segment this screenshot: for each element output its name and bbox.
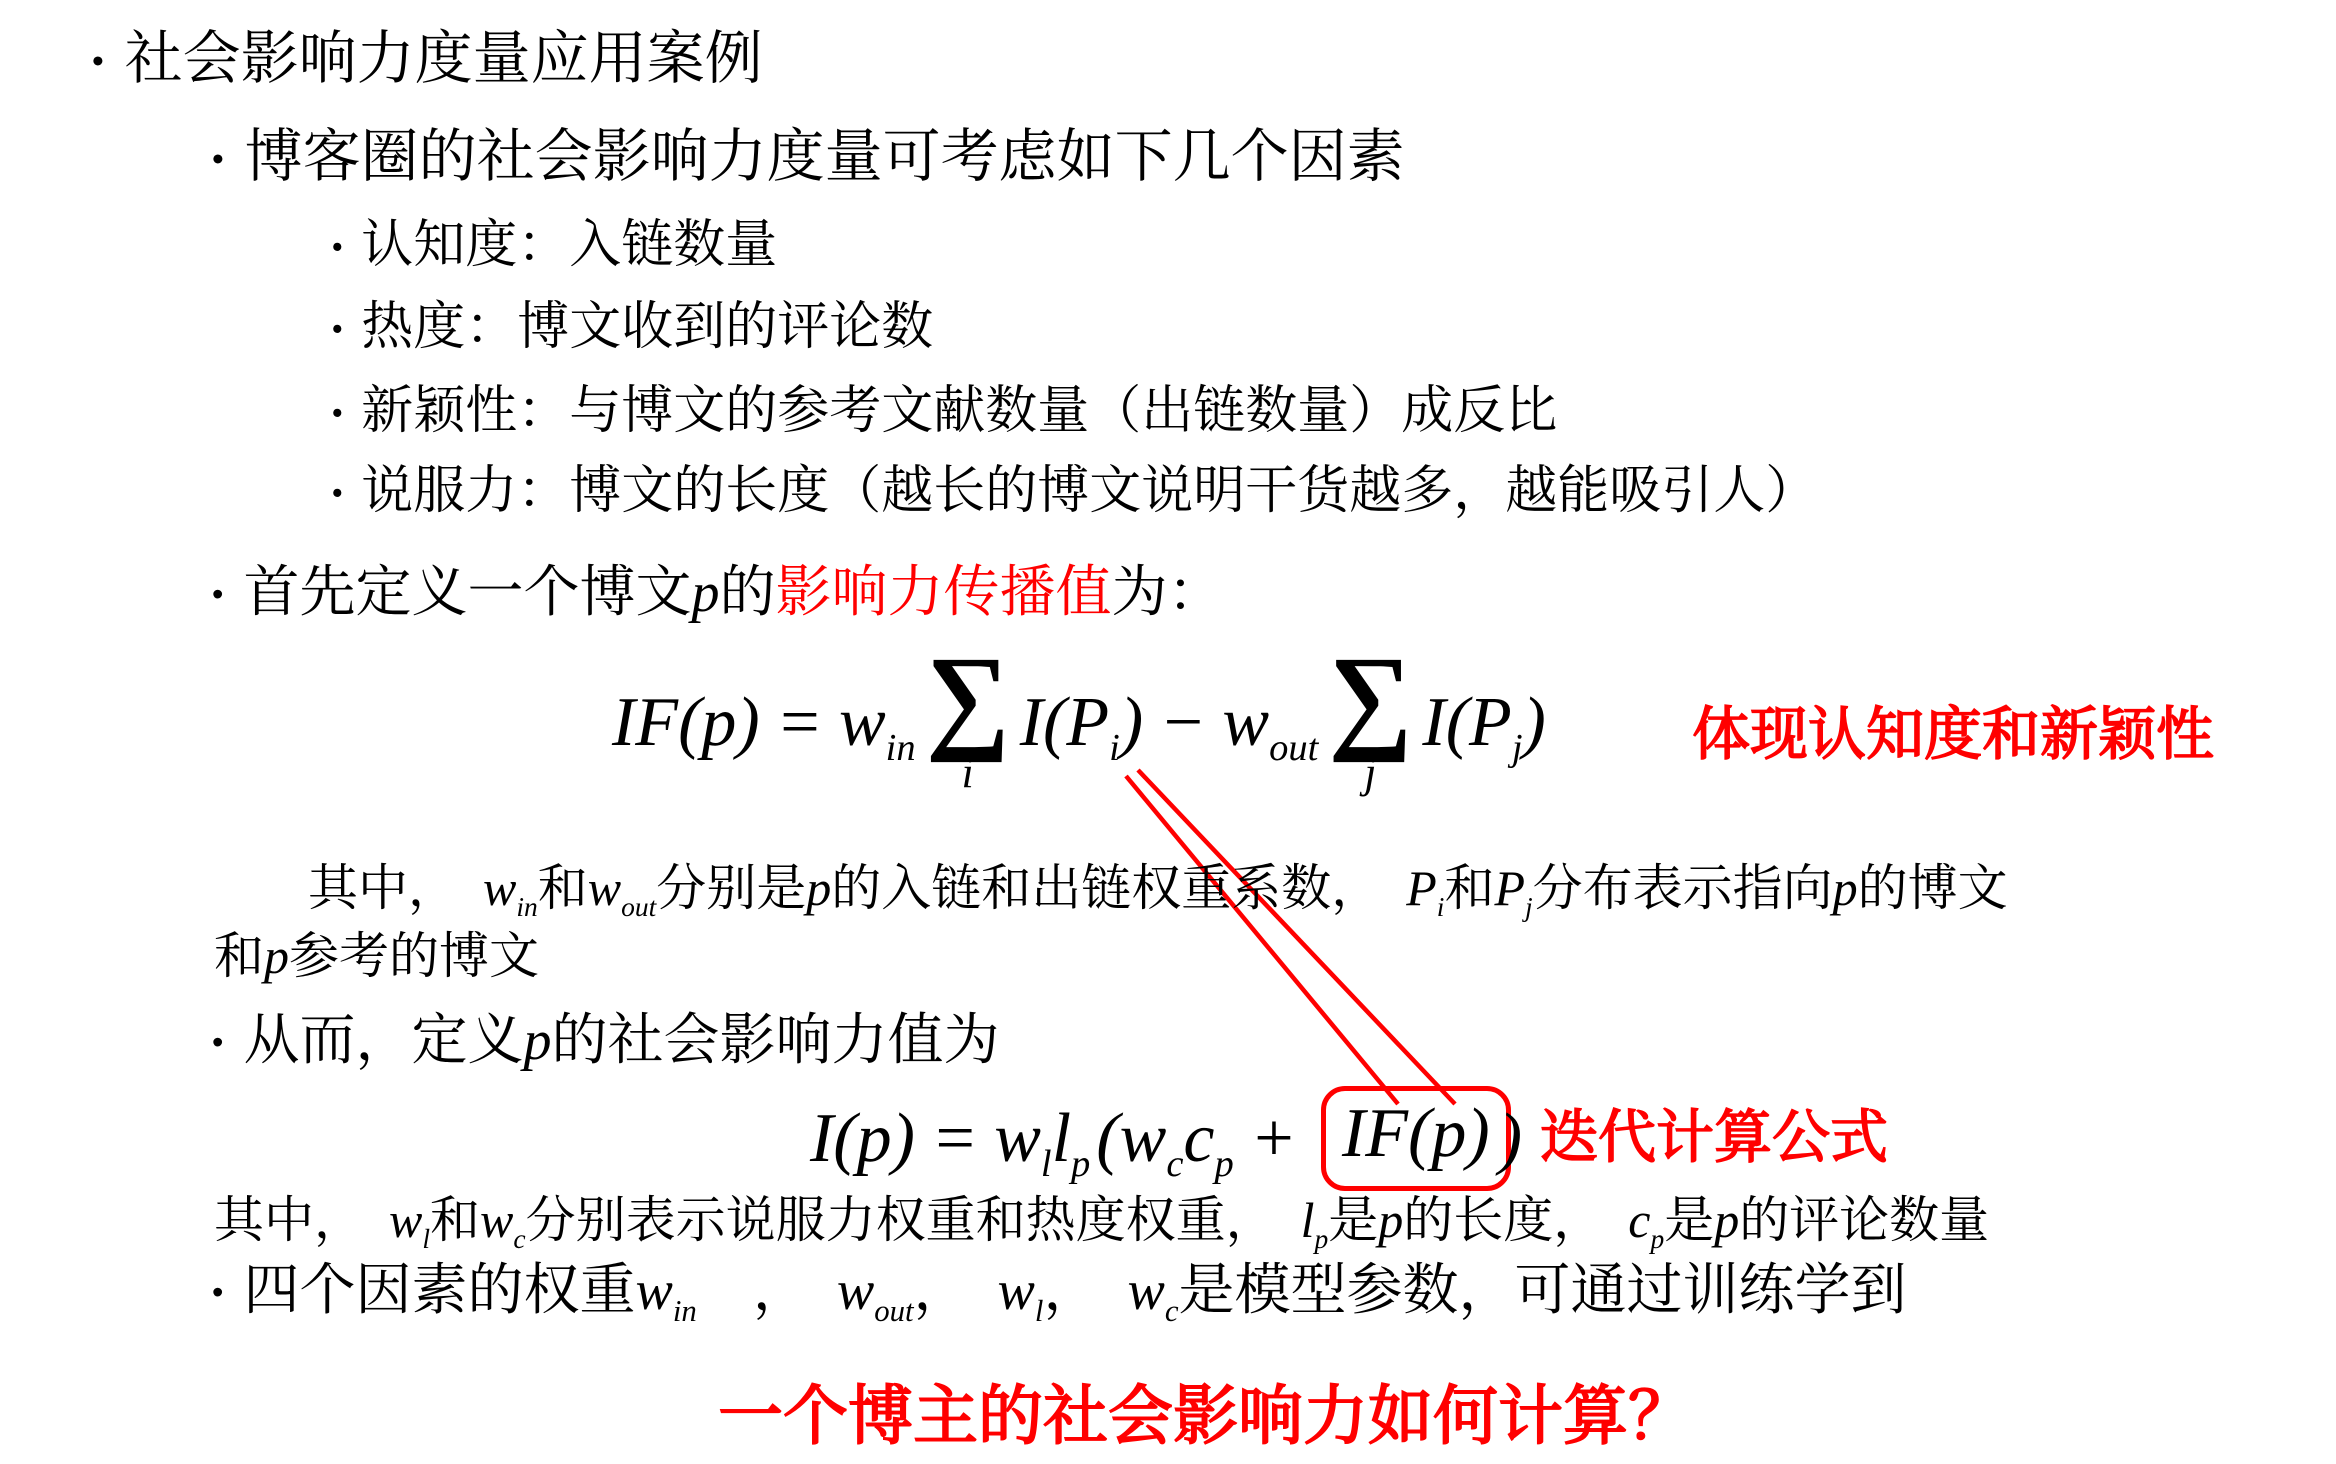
- var-w-c: wc: [1120, 1096, 1184, 1181]
- bottom-question: 一个博主的社会影响力如何计算？: [718, 1376, 1693, 1455]
- var-P: P: [1406, 860, 1437, 916]
- text-run: 分别是: [656, 860, 806, 916]
- var-w: w: [636, 1260, 673, 1322]
- formula-influence-propagation: IF(p) = win ∑i I(Pi) − wout ∑j I(Pj): [612, 650, 1546, 795]
- var-w: w: [389, 1192, 422, 1248]
- var-w: w: [480, 1192, 513, 1248]
- term-open: I(P: [1422, 684, 1511, 761]
- var-w-out: wout: [1222, 680, 1318, 765]
- separator: ，: [914, 1258, 998, 1321]
- var-w-c: wc: [480, 1192, 526, 1248]
- var-w: w: [1127, 1260, 1164, 1322]
- callout-line-left: [1126, 776, 1398, 1104]
- text-run: 和: [1444, 860, 1494, 916]
- outer-close-paren: ): [1499, 1096, 1522, 1181]
- where2-line: 其中， wl和wc分别表示说服力权重和热度权重， lp是p的长度， cp是p的评…: [214, 1190, 1989, 1251]
- text-run: 其中，: [308, 860, 483, 916]
- sub-c: c: [1166, 1143, 1183, 1185]
- sub-p: p: [1314, 1223, 1328, 1254]
- sub-out: out: [621, 891, 656, 922]
- var-p: p: [1378, 1192, 1403, 1248]
- sub-in: in: [673, 1294, 697, 1328]
- sum-limit-j: j: [1364, 751, 1376, 795]
- var-c-p: cp: [1183, 1096, 1233, 1181]
- callout-line-right: [1138, 770, 1455, 1104]
- var-w: w: [998, 1260, 1035, 1322]
- text-run: 其中，: [214, 1192, 389, 1248]
- define-pre: 首先定义一个博文: [244, 560, 692, 623]
- bullet-icon: •: [332, 312, 343, 349]
- slide-title: 社会影响力度量应用案例: [125, 26, 763, 91]
- formula2-annotation: 迭代计算公式: [1540, 1103, 1888, 1174]
- equals-sign: =: [776, 680, 823, 765]
- term-close: ): [1120, 684, 1143, 761]
- sub-p: p: [1650, 1223, 1664, 1254]
- factor-text: 说服力：博文的长度（越长的博文说明干货越多，越能吸引人）: [361, 462, 1817, 520]
- weights-row: •四个因素的权重win ， wout， wl， wc是模型参数，可通过训练学到: [212, 1256, 1907, 1325]
- intro-text: 博客圈的社会影响力度量可考虑如下几个因素: [245, 124, 1405, 189]
- separator: ，: [697, 1258, 837, 1321]
- var-p: p: [692, 562, 720, 624]
- text-run: 分布表示指向: [1533, 860, 1833, 916]
- var-w: w: [483, 860, 516, 916]
- open-paren: (: [1096, 1096, 1119, 1181]
- var-w: w: [1120, 1100, 1167, 1177]
- text-run: 的评论数量: [1739, 1192, 1989, 1248]
- var-p: p: [264, 928, 289, 984]
- weights-post: 是模型参数，可通过训练学到: [1179, 1258, 1907, 1321]
- title-row: •社会影响力度量应用案例: [92, 24, 763, 95]
- formula-social-influence: I(p) = wl lp ( wc cp + IF(p) ) 迭代计算公式: [810, 1086, 1888, 1191]
- sub-j: j: [1512, 727, 1523, 769]
- var-w: w: [994, 1100, 1041, 1177]
- if-term-highlight-box: IF(p): [1321, 1086, 1511, 1191]
- equals-sign: =: [931, 1096, 978, 1181]
- plus-sign: +: [1250, 1096, 1297, 1181]
- sub-in: in: [516, 891, 537, 922]
- var-l: l: [1052, 1100, 1071, 1177]
- bullet-icon: •: [332, 230, 343, 267]
- formula1-annotation: 体现认知度和新颖性: [1692, 700, 2214, 771]
- minus-sign: −: [1159, 680, 1206, 765]
- text-run: 的博文: [1858, 860, 2008, 916]
- bullet-icon: •: [212, 139, 224, 180]
- formula1-lhs: IF(p): [612, 680, 760, 765]
- var-w-l: wl: [994, 1096, 1051, 1181]
- bullet-icon: •: [212, 1273, 223, 1313]
- factor-row-awareness: •认知度：入链数量: [332, 214, 777, 277]
- factor-row-persuasiveness: •说服力：博文的长度（越长的博文说明干货越多，越能吸引人）: [332, 460, 1817, 523]
- define-row: •首先定义一个博文p的影响力传播值为：: [212, 558, 1224, 627]
- term-close: ): [1523, 684, 1546, 761]
- sub-c: c: [513, 1223, 525, 1254]
- sum-limit-i: i: [962, 751, 974, 795]
- text-run: 的入链和出链权重系数，: [831, 860, 1406, 916]
- var-l-p: lp: [1301, 1192, 1329, 1248]
- text-run: 分别表示说服力权重和热度权重，: [526, 1192, 1301, 1248]
- var-P-i: Pi: [1406, 860, 1444, 916]
- sub-i: i: [1109, 727, 1120, 769]
- sigma-icon: ∑: [1328, 650, 1412, 747]
- bullet-icon: •: [92, 41, 104, 82]
- sub-l: l: [422, 1223, 430, 1254]
- define-post: 为：: [1112, 560, 1224, 623]
- text-run: 和: [430, 1192, 480, 1248]
- factor-row-popularity: •热度：博文收到的评论数: [332, 296, 933, 359]
- bullet-icon: •: [212, 575, 223, 615]
- sub-p: p: [1214, 1143, 1233, 1185]
- sum-over-j: ∑j: [1328, 650, 1412, 795]
- bullet-icon: •: [212, 1023, 223, 1063]
- var-p: p: [1714, 1192, 1739, 1248]
- var-p: p: [1833, 860, 1858, 916]
- factor-row-novelty: •新颖性：与博文的参考文献数量（出链数量）成反比: [332, 380, 1557, 443]
- var-c: c: [1628, 1192, 1650, 1248]
- var-w-in: win: [839, 680, 916, 765]
- sigma-icon: ∑: [926, 650, 1010, 747]
- var-w-out: wout: [588, 860, 657, 916]
- factor-text: 认知度：入链数量: [361, 216, 777, 274]
- sub-out: out: [874, 1294, 913, 1328]
- var-p: p: [524, 1010, 552, 1072]
- var-l-p: lp: [1052, 1096, 1091, 1181]
- boxed-IF-term: IF(p): [1342, 1091, 1490, 1176]
- term-I-Pj: I(Pj): [1422, 680, 1545, 765]
- text-run: 和: [538, 860, 588, 916]
- var-w-out: wout: [837, 1260, 914, 1322]
- var-w-c: wc: [1127, 1260, 1178, 1322]
- intro-row: •博客圈的社会影响力度量可考虑如下几个因素: [212, 122, 1405, 193]
- thus-pre: 从而，定义: [244, 1008, 524, 1071]
- text-run: 的长度，: [1403, 1192, 1628, 1248]
- term-open: I(P: [1020, 684, 1109, 761]
- where1-line2: 和p参考的博文: [214, 926, 539, 987]
- thus-post: 的社会影响力值为: [552, 1008, 1000, 1071]
- var-w-in: win: [483, 860, 538, 916]
- text-run: 是: [1664, 1192, 1714, 1248]
- sub-p: p: [1071, 1143, 1090, 1185]
- bullet-icon: •: [332, 396, 343, 433]
- define-highlight: 影响力传播值: [776, 560, 1112, 623]
- sub-j: j: [1525, 891, 1533, 922]
- text-run: 是: [1328, 1192, 1378, 1248]
- where1-line1: 其中， win和wout分别是p的入链和出链权重系数， Pi和Pj分布表示指向p…: [308, 858, 2008, 919]
- separator: ，: [1043, 1258, 1127, 1321]
- var-p: p: [806, 860, 831, 916]
- var-w: w: [839, 684, 886, 761]
- text-run: 参考的博文: [289, 928, 539, 984]
- var-w: w: [588, 860, 621, 916]
- sub-c: c: [1165, 1294, 1179, 1328]
- term-I-Pi: I(Pi): [1020, 680, 1143, 765]
- sub-in: in: [886, 727, 916, 769]
- var-w-in: win: [636, 1260, 697, 1322]
- weights-pre: 四个因素的权重: [244, 1258, 636, 1321]
- factor-text: 热度：博文收到的评论数: [361, 298, 933, 356]
- var-w: w: [1222, 684, 1269, 761]
- thus-row: •从而，定义p的社会影响力值为: [212, 1006, 1000, 1075]
- formula2-lhs: I(p): [810, 1096, 915, 1181]
- var-l: l: [1301, 1192, 1315, 1248]
- sum-over-i: ∑i: [926, 650, 1010, 795]
- factor-text: 新颖性：与博文的参考文献数量（出链数量）成反比: [361, 382, 1557, 440]
- sub-l: l: [1041, 1143, 1052, 1185]
- text-run: 和: [214, 928, 264, 984]
- var-w-l: wl: [389, 1192, 430, 1248]
- var-P: P: [1494, 860, 1525, 916]
- sub-out: out: [1269, 727, 1318, 769]
- presentation-slide: •社会影响力度量应用案例 •博客圈的社会影响力度量可考虑如下几个因素 •认知度：…: [0, 0, 2336, 1464]
- define-mid: 的: [720, 560, 776, 623]
- var-c: c: [1183, 1100, 1214, 1177]
- bullet-icon: •: [332, 476, 343, 513]
- var-w: w: [837, 1260, 874, 1322]
- var-w-l: wl: [998, 1260, 1044, 1322]
- var-c-p: cp: [1628, 1192, 1664, 1248]
- var-P-j: Pj: [1494, 860, 1532, 916]
